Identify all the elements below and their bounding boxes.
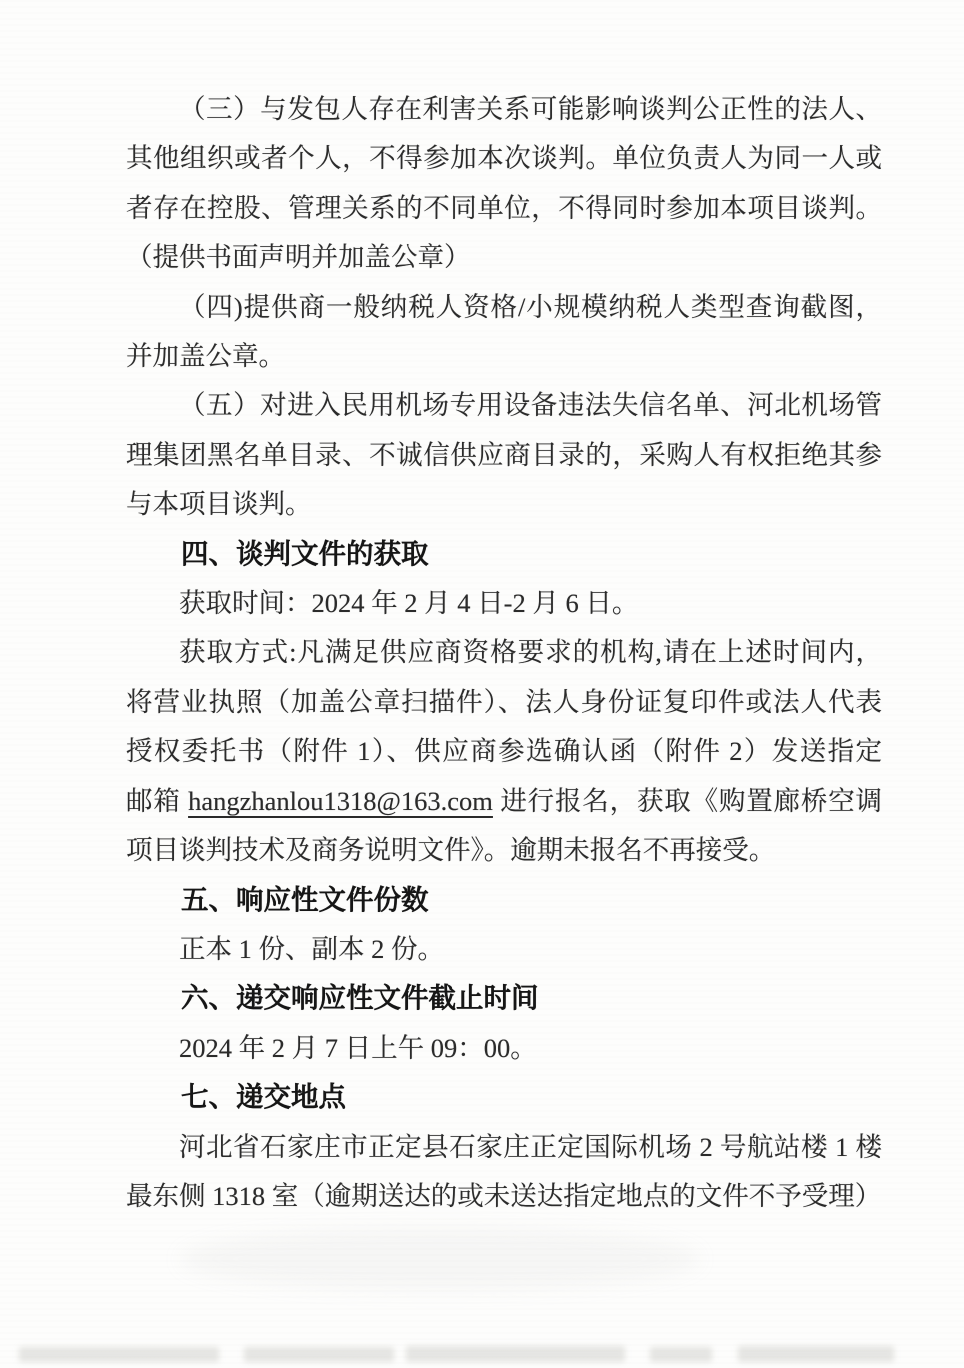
- text-line: 获取方式:凡满足供应商资格要求的机构,请在上述时间内，: [126, 628, 882, 677]
- text-line: 四、谈判文件的获取: [126, 530, 882, 579]
- text-line: 与本项目谈判。: [126, 480, 882, 529]
- text-line: 获取时间：2024 年 2 月 4 日-2 月 6 日。: [126, 579, 882, 628]
- text-line: 河北省石家庄市正定县石家庄正定国际机场 2 号航站楼 1 楼: [126, 1123, 882, 1172]
- text-line: 正本 1 份、副本 2 份。: [126, 925, 882, 974]
- bleed-through-mark: [19, 1347, 219, 1362]
- text-line: （三）与发包人存在利害关系可能影响谈判公正性的法人、: [126, 85, 882, 134]
- text-segment: 进行报名，获取《购置廊桥空调: [493, 786, 882, 816]
- section-heading: 六、递交响应性文件截止时间: [126, 974, 882, 1023]
- paragraph: 获取方式:凡满足供应商资格要求的机构,请在上述时间内，将营业执照（加盖公章扫描件…: [126, 628, 882, 875]
- bleed-through-mark: [738, 1346, 894, 1362]
- section-heading: 四、谈判文件的获取: [126, 530, 882, 579]
- paragraph: （四)提供商一般纳税人资格/小规模纳税人类型查询截图，并加盖公章。: [126, 283, 882, 382]
- email-address: hangzhanlou1318@163.com: [188, 786, 493, 816]
- paragraph: 获取时间：2024 年 2 月 4 日-2 月 6 日。: [126, 579, 882, 628]
- bleed-through-mark: [406, 1346, 625, 1362]
- document-body: （三）与发包人存在利害关系可能影响谈判公正性的法人、其他组织或者个人，不得参加本…: [126, 85, 882, 1221]
- text-line: 并加盖公章。: [126, 332, 882, 381]
- text-line: 将营业执照（加盖公章扫描件）、法人身份证复印件或法人代表: [126, 678, 882, 727]
- text-line: 七、递交地点: [126, 1073, 882, 1122]
- text-line: 2024 年 2 月 7 日上午 09：00。: [126, 1024, 882, 1073]
- text-line: 六、递交响应性文件截止时间: [126, 974, 882, 1023]
- text-line: 理集团黑名单目录、不诚信供应商目录的，采购人有权拒绝其参: [126, 431, 882, 480]
- paragraph: （五）对进入民用机场专用设备违法失信名单、河北机场管理集团黑名单目录、不诚信供应…: [126, 381, 882, 529]
- text-line: 授权委托书（附件 1）、供应商参选确认函（附件 2）发送指定: [126, 727, 882, 776]
- text-line: 最东侧 1318 室（逾期送达的或未送达指定地点的文件不予受理）: [126, 1172, 882, 1221]
- section-heading: 五、响应性文件份数: [126, 876, 882, 925]
- bleed-through-mark: [650, 1347, 712, 1362]
- bleed-through-smudge: [180, 1228, 700, 1290]
- section-heading: 七、递交地点: [126, 1073, 882, 1122]
- text-line: （提供书面声明并加盖公章）: [126, 233, 882, 282]
- text-line: 者存在控股、管理关系的不同单位，不得同时参加本项目谈判。: [126, 184, 882, 233]
- text-segment: 邮箱: [126, 786, 188, 816]
- text-line: 其他组织或者个人，不得参加本次谈判。单位负责人为同一人或: [126, 134, 882, 183]
- paragraph: 2024 年 2 月 7 日上午 09：00。: [126, 1024, 882, 1073]
- text-line: 项目谈判技术及商务说明文件》。逾期未报名不再接受。: [126, 826, 882, 875]
- scanned-document-page: （三）与发包人存在利害关系可能影响谈判公正性的法人、其他组织或者个人，不得参加本…: [0, 0, 964, 1368]
- paragraph: 正本 1 份、副本 2 份。: [126, 925, 882, 974]
- text-line: （五）对进入民用机场专用设备违法失信名单、河北机场管: [126, 381, 882, 430]
- text-line: 五、响应性文件份数: [126, 876, 882, 925]
- text-line: （四)提供商一般纳税人资格/小规模纳税人类型查询截图，: [126, 283, 882, 332]
- text-line: 邮箱 hangzhanlou1318@163.com 进行报名，获取《购置廊桥空…: [126, 777, 882, 826]
- paragraph: （三）与发包人存在利害关系可能影响谈判公正性的法人、其他组织或者个人，不得参加本…: [126, 85, 882, 283]
- bleed-through-mark: [244, 1347, 394, 1362]
- paragraph: 河北省石家庄市正定县石家庄正定国际机场 2 号航站楼 1 楼最东侧 1318 室…: [126, 1123, 882, 1222]
